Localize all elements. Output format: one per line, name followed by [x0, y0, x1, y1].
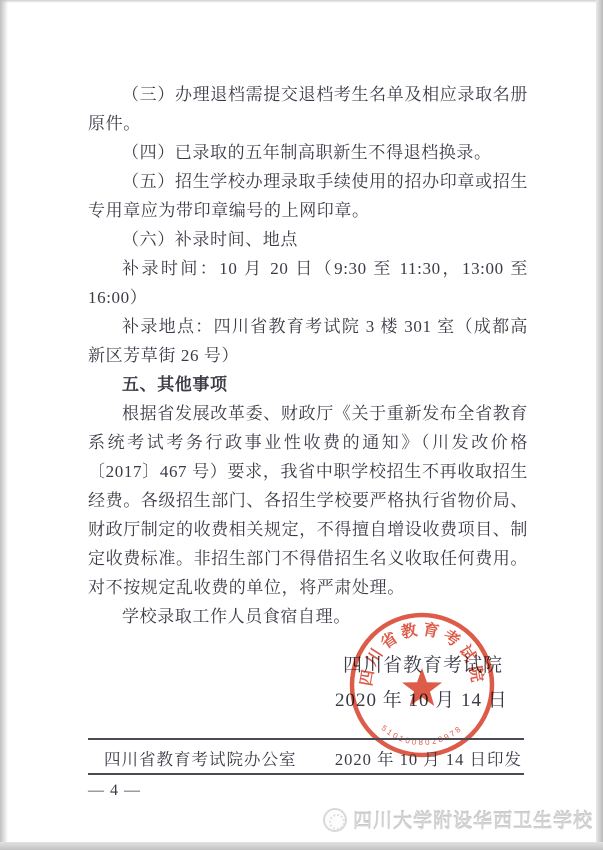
- footer-divider-top: [88, 738, 524, 740]
- school-logo-icon: [323, 808, 347, 832]
- footer-row: 四川省教育考试院办公室 2020 年 10 月 14 日印发: [88, 746, 524, 770]
- footer-divider-bottom: [88, 773, 524, 775]
- page-edge-bottom: [0, 842, 603, 850]
- source-watermark: 四川大学附设华西卫生学校: [323, 806, 593, 833]
- paragraph-item-5: （五）招生学校办理录取手续使用的招办印章或招生专用章应为带印章编号的上网印章。: [88, 167, 528, 225]
- page-edge-left: [0, 0, 8, 850]
- paragraph-item-4: （四）已录取的五年制高职新生不得退档换录。: [88, 138, 528, 167]
- paragraph-item-3: （三）办理退档需提交退档考生名单及相应录取名册原件。: [88, 80, 528, 138]
- page-edge-top: [0, 0, 603, 3]
- seal-star-icon: [402, 668, 442, 706]
- page-number: — 4 —: [88, 782, 141, 800]
- page-edge-right: [596, 0, 603, 850]
- svg-text:5101008028978: 5101008028978: [380, 723, 465, 747]
- paragraph-item-6: （六）补录时间、地点: [88, 225, 528, 254]
- paragraph-fees-policy: 根据省发展改革委、财政厅《关于重新发布全省教育系统考试考务行政事业性收费的通知》…: [88, 399, 528, 602]
- scanned-document-page: （三）办理退档需提交退档考生名单及相应录取名册原件。 （四）已录取的五年制高职新…: [0, 0, 603, 850]
- watermark-school-name: 四川大学附设华西卫生学校: [353, 806, 593, 833]
- paragraph-supplement-place: 补录地点：四川省教育考试院 3 楼 301 室（成都高新区芳草街 26 号）: [88, 312, 528, 370]
- footer-print-date: 2020 年 10 月 14 日印发: [335, 746, 524, 770]
- document-body: （三）办理退档需提交退档考生名单及相应录取名册原件。 （四）已录取的五年制高职新…: [88, 80, 528, 631]
- seal-serial-number: 5101008028978: [380, 723, 465, 747]
- section-heading-other-matters: 五、其他事项: [88, 370, 528, 399]
- footer-issuing-office: 四川省教育考试院办公室: [88, 746, 297, 770]
- paragraph-supplement-time: 补录时间：10 月 20 日（9:30 至 11:30，13:00 至 16:0…: [88, 254, 528, 312]
